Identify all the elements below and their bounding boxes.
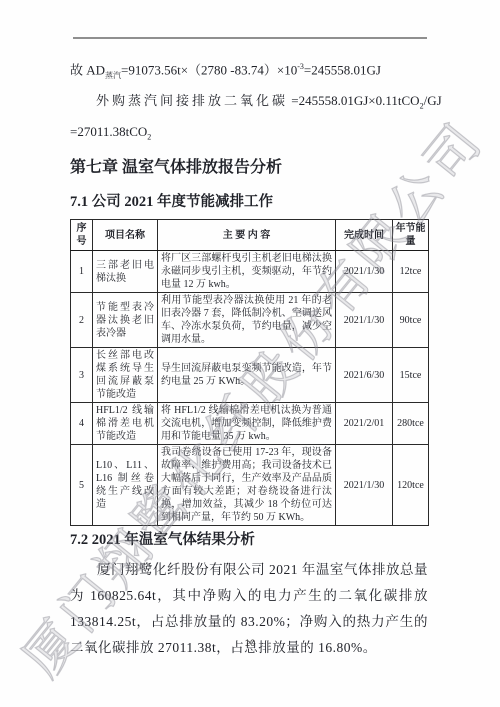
table-row: 1 三部老旧电梯汰换 将厂区三部螺杆曳引主机老旧电梯汰换永磁同步曳引主机，变频驱…: [71, 251, 429, 293]
header-divider: [73, 37, 427, 39]
page-content: 故 AD蒸汽=91073.56t×（2780 -83.74）×10-3=2455…: [70, 54, 428, 661]
table-row: 3 长丝部电改煤系统导生回流屏蔽泵节能改造 导生回流屏蔽电泵变频节能改造，年节约…: [71, 348, 429, 403]
formula-subscript: 蒸汽: [105, 71, 121, 80]
header-seq: 序号: [71, 220, 93, 251]
cell-annual-saving: 15tce: [393, 348, 429, 403]
cell-annual-saving: 90tce: [393, 293, 429, 348]
table-header-row: 序号 项目名称 主 要 内 容 完成时间 年节能量: [71, 220, 429, 251]
formula-line-co2-result: =27011.38tCO2: [70, 119, 428, 150]
cell-seq: 3: [71, 348, 93, 403]
header-completion-date: 完成时间: [336, 220, 393, 251]
cell-project-name: 节能型表冷器汰换老旧表冷器: [93, 293, 158, 348]
formula-text: =91073.56t×（2780 -83.74）×10: [121, 62, 297, 77]
cell-project-name: 三部老旧电梯汰换: [93, 251, 158, 293]
cell-completion-date: 2021/1/30: [336, 251, 393, 293]
section-7-2-heading: 7.2 2021 年温室气体结果分析: [70, 531, 428, 550]
formula-subscript: 2: [147, 132, 151, 141]
cell-annual-saving: 12tce: [393, 251, 429, 293]
formula-text: =27011.38tCO: [70, 124, 147, 139]
formula-line-steam-energy: 故 AD蒸汽=91073.56t×（2780 -83.74）×10-3=2455…: [70, 54, 428, 88]
chapter-heading: 第七章 温室气体排放报告分析: [70, 158, 428, 178]
cell-seq: 1: [71, 251, 93, 293]
table-row: 5 L10、L11、L16 制丝卷绕生产线改造 我司卷绕设备已使用 17-23 …: [71, 445, 429, 526]
cell-content: 利用节能型表冷器汰换使用 21 年的老旧表冷器 7 套，降低制冷机、空调送风车、…: [158, 293, 336, 348]
document-page: 故 AD蒸汽=91073.56t×（2780 -83.74）×10-3=2455…: [0, 0, 500, 707]
cell-completion-date: 2021/2/01: [336, 403, 393, 445]
formula-text: =245558.01GJ×0.11tCO: [288, 93, 420, 108]
table-row: 2 节能型表冷器汰换老旧表冷器 利用节能型表冷器汰换使用 21 年的老旧表冷器 …: [71, 293, 429, 348]
cell-seq: 4: [71, 403, 93, 445]
page-number: 10: [0, 638, 500, 649]
header-annual-saving: 年节能量: [393, 220, 429, 251]
cell-annual-saving: 280tce: [393, 403, 429, 445]
cell-content: 将厂区三部螺杆曳引主机老旧电梯汰换永磁同步曳引主机，变频驱动，年节约电量 12 …: [158, 251, 336, 293]
energy-saving-table: 序号 项目名称 主 要 内 容 完成时间 年节能量 1 三部老旧电梯汰换 将厂区…: [70, 219, 429, 526]
formula-text: 外购蒸汽间接排放二氧化碳: [96, 93, 288, 108]
cell-completion-date: 2021/1/30: [336, 293, 393, 348]
section-7-1-heading: 7.1 公司 2021 年度节能减排工作: [70, 193, 428, 212]
header-main-content: 主 要 内 容: [158, 220, 336, 251]
cell-project-name: 长丝部电改煤系统导生回流屏蔽泵节能改造: [93, 348, 158, 403]
cell-completion-date: 2021/1/30: [336, 445, 393, 526]
cell-completion-date: 2021/6/30: [336, 348, 393, 403]
cell-content: 将 HFL1/2 线输棉滑差电机汰换为普通交流电机，增加变频控制，降低维护费用和…: [158, 403, 336, 445]
cell-project-name: HFL1/2 线输棉滑差电机节能改造: [93, 403, 158, 445]
formula-line-steam-co2: 外购蒸汽间接排放二氧化碳 =245558.01GJ×0.11tCO2/GJ: [70, 88, 428, 119]
table-row: 4 HFL1/2 线输棉滑差电机节能改造 将 HFL1/2 线输棉滑差电机汰换为…: [71, 403, 429, 445]
cell-seq: 2: [71, 293, 93, 348]
cell-content: 导生回流屏蔽电泵变频节能改造，年节约电量 25 万 KWh。: [158, 348, 336, 403]
formula-text: 故 AD: [70, 62, 105, 77]
formula-superscript: -3: [297, 62, 304, 71]
cell-seq: 5: [71, 445, 93, 526]
header-project-name: 项目名称: [93, 220, 158, 251]
formula-text: /GJ: [424, 93, 442, 108]
formula-text: =245558.01GJ: [304, 62, 381, 77]
cell-project-name: L10、L11、L16 制丝卷绕生产线改造: [93, 445, 158, 526]
cell-content: 我司卷绕设备已使用 17-23 年，现设备故障率、维护费用高；我司设备技术已大幅…: [158, 445, 336, 526]
cell-annual-saving: 120tce: [393, 445, 429, 526]
